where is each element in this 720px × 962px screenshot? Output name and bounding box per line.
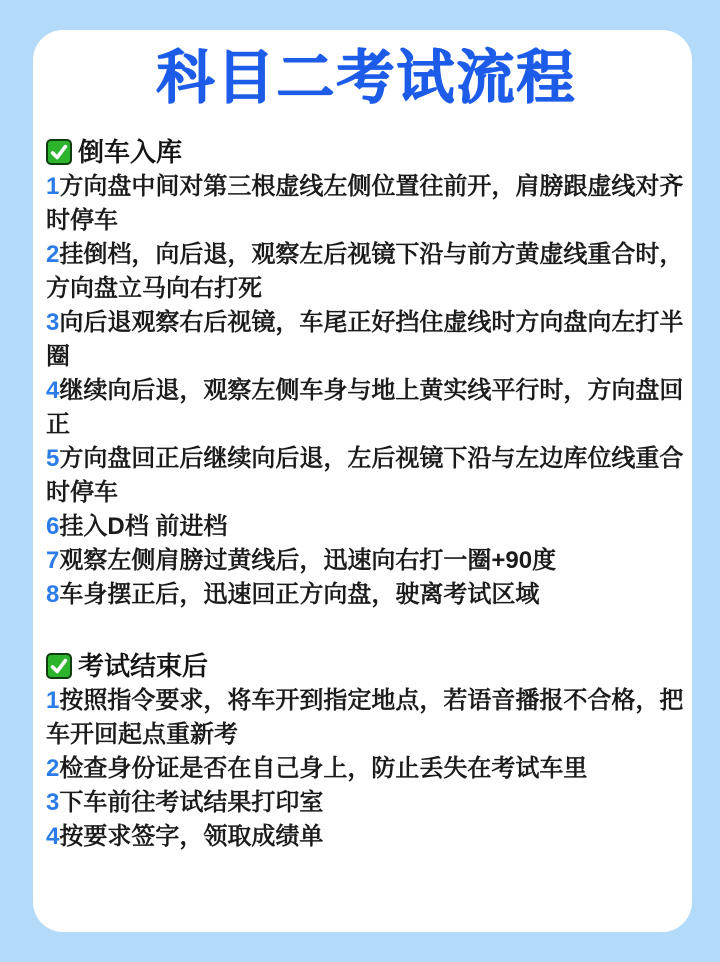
step-item: 8车身摆正后，迅速回正方向盘，驶离考试区域 (46, 578, 686, 612)
step-item: 7观察左侧肩膀过黄线后，迅速向右打一圈+90度 (46, 544, 686, 578)
section-reverse-parking: 倒车入库 1方向盘中间对第三根虚线左侧位置往前开，肩膀跟虚线对齐时停车 2挂倒档… (46, 136, 686, 612)
check-icon (46, 653, 72, 679)
section-heading: 倒车入库 (46, 136, 686, 168)
step-item: 2检查身份证是否在自己身上，防止丢失在考试车里 (46, 752, 686, 786)
step-number: 1 (46, 173, 59, 200)
section-after-exam: 考试结束后 1按照指令要求，将车开到指定地点，若语音播报不合格，把车开回起点重新… (46, 650, 686, 854)
section-heading-label: 考试结束后 (78, 650, 208, 682)
section-heading: 考试结束后 (46, 650, 686, 682)
step-item: 3下车前往考试结果打印室 (46, 786, 686, 820)
step-list: 1方向盘中间对第三根虚线左侧位置往前开，肩膀跟虚线对齐时停车 2挂倒档，向后退，… (46, 170, 686, 612)
step-number: 1 (46, 687, 59, 714)
step-text: 检查身份证是否在自己身上，防止丢失在考试车里 (59, 755, 587, 782)
step-number: 7 (46, 547, 59, 574)
step-item: 5方向盘回正后继续向后退，左后视镜下沿与左边库位线重合时停车 (46, 442, 686, 510)
step-text: 继续向后退，观察左侧车身与地上黄实线平行时，方向盘回正 (46, 377, 683, 438)
step-item: 2挂倒档，向后退，观察左后视镜下沿与前方黄虚线重合时，方向盘立马向右打死 (46, 238, 686, 306)
step-number: 4 (46, 823, 59, 850)
step-number: 2 (46, 241, 59, 268)
step-list: 1按照指令要求，将车开到指定地点，若语音播报不合格，把车开回起点重新考 2检查身… (46, 684, 686, 854)
step-text: 挂倒档，向后退，观察左后视镜下沿与前方黄虚线重合时，方向盘立马向右打死 (46, 241, 683, 302)
step-text: 按要求签字，领取成绩单 (59, 823, 323, 850)
step-number: 3 (46, 309, 59, 336)
step-number: 2 (46, 755, 59, 782)
step-item: 1按照指令要求，将车开到指定地点，若语音播报不合格，把车开回起点重新考 (46, 684, 686, 752)
step-text: 方向盘回正后继续向后退，左后视镜下沿与左边库位线重合时停车 (46, 445, 683, 506)
step-item: 3向后退观察右后视镜，车尾正好挡住虚线时方向盘向左打半圈 (46, 306, 686, 374)
step-item: 1方向盘中间对第三根虚线左侧位置往前开，肩膀跟虚线对齐时停车 (46, 170, 686, 238)
step-item: 4按要求签字，领取成绩单 (46, 820, 686, 854)
step-text: 下车前往考试结果打印室 (59, 789, 323, 816)
step-text: 挂入D档 前进档 (59, 513, 227, 540)
step-number: 4 (46, 377, 59, 404)
step-text: 观察左侧肩膀过黄线后，迅速向右打一圈+90度 (59, 547, 556, 574)
step-item: 6挂入D档 前进档 (46, 510, 686, 544)
step-item: 4继续向后退，观察左侧车身与地上黄实线平行时，方向盘回正 (46, 374, 686, 442)
step-text: 按照指令要求，将车开到指定地点，若语音播报不合格，把车开回起点重新考 (46, 687, 683, 748)
step-text: 向后退观察右后视镜，车尾正好挡住虚线时方向盘向左打半圈 (46, 309, 683, 370)
content-card: 科目二考试流程 倒车入库 1方向盘中间对第三根虚线左侧位置往前开，肩膀跟虚线对齐… (33, 30, 692, 932)
section-heading-label: 倒车入库 (78, 136, 182, 168)
step-number: 6 (46, 513, 59, 540)
step-number: 5 (46, 445, 59, 472)
check-icon (46, 139, 72, 165)
step-text: 方向盘中间对第三根虚线左侧位置往前开，肩膀跟虚线对齐时停车 (46, 173, 683, 234)
page-title: 科目二考试流程 (46, 42, 686, 114)
step-number: 3 (46, 789, 59, 816)
step-number: 8 (46, 581, 59, 608)
step-text: 车身摆正后，迅速回正方向盘，驶离考试区域 (59, 581, 539, 608)
